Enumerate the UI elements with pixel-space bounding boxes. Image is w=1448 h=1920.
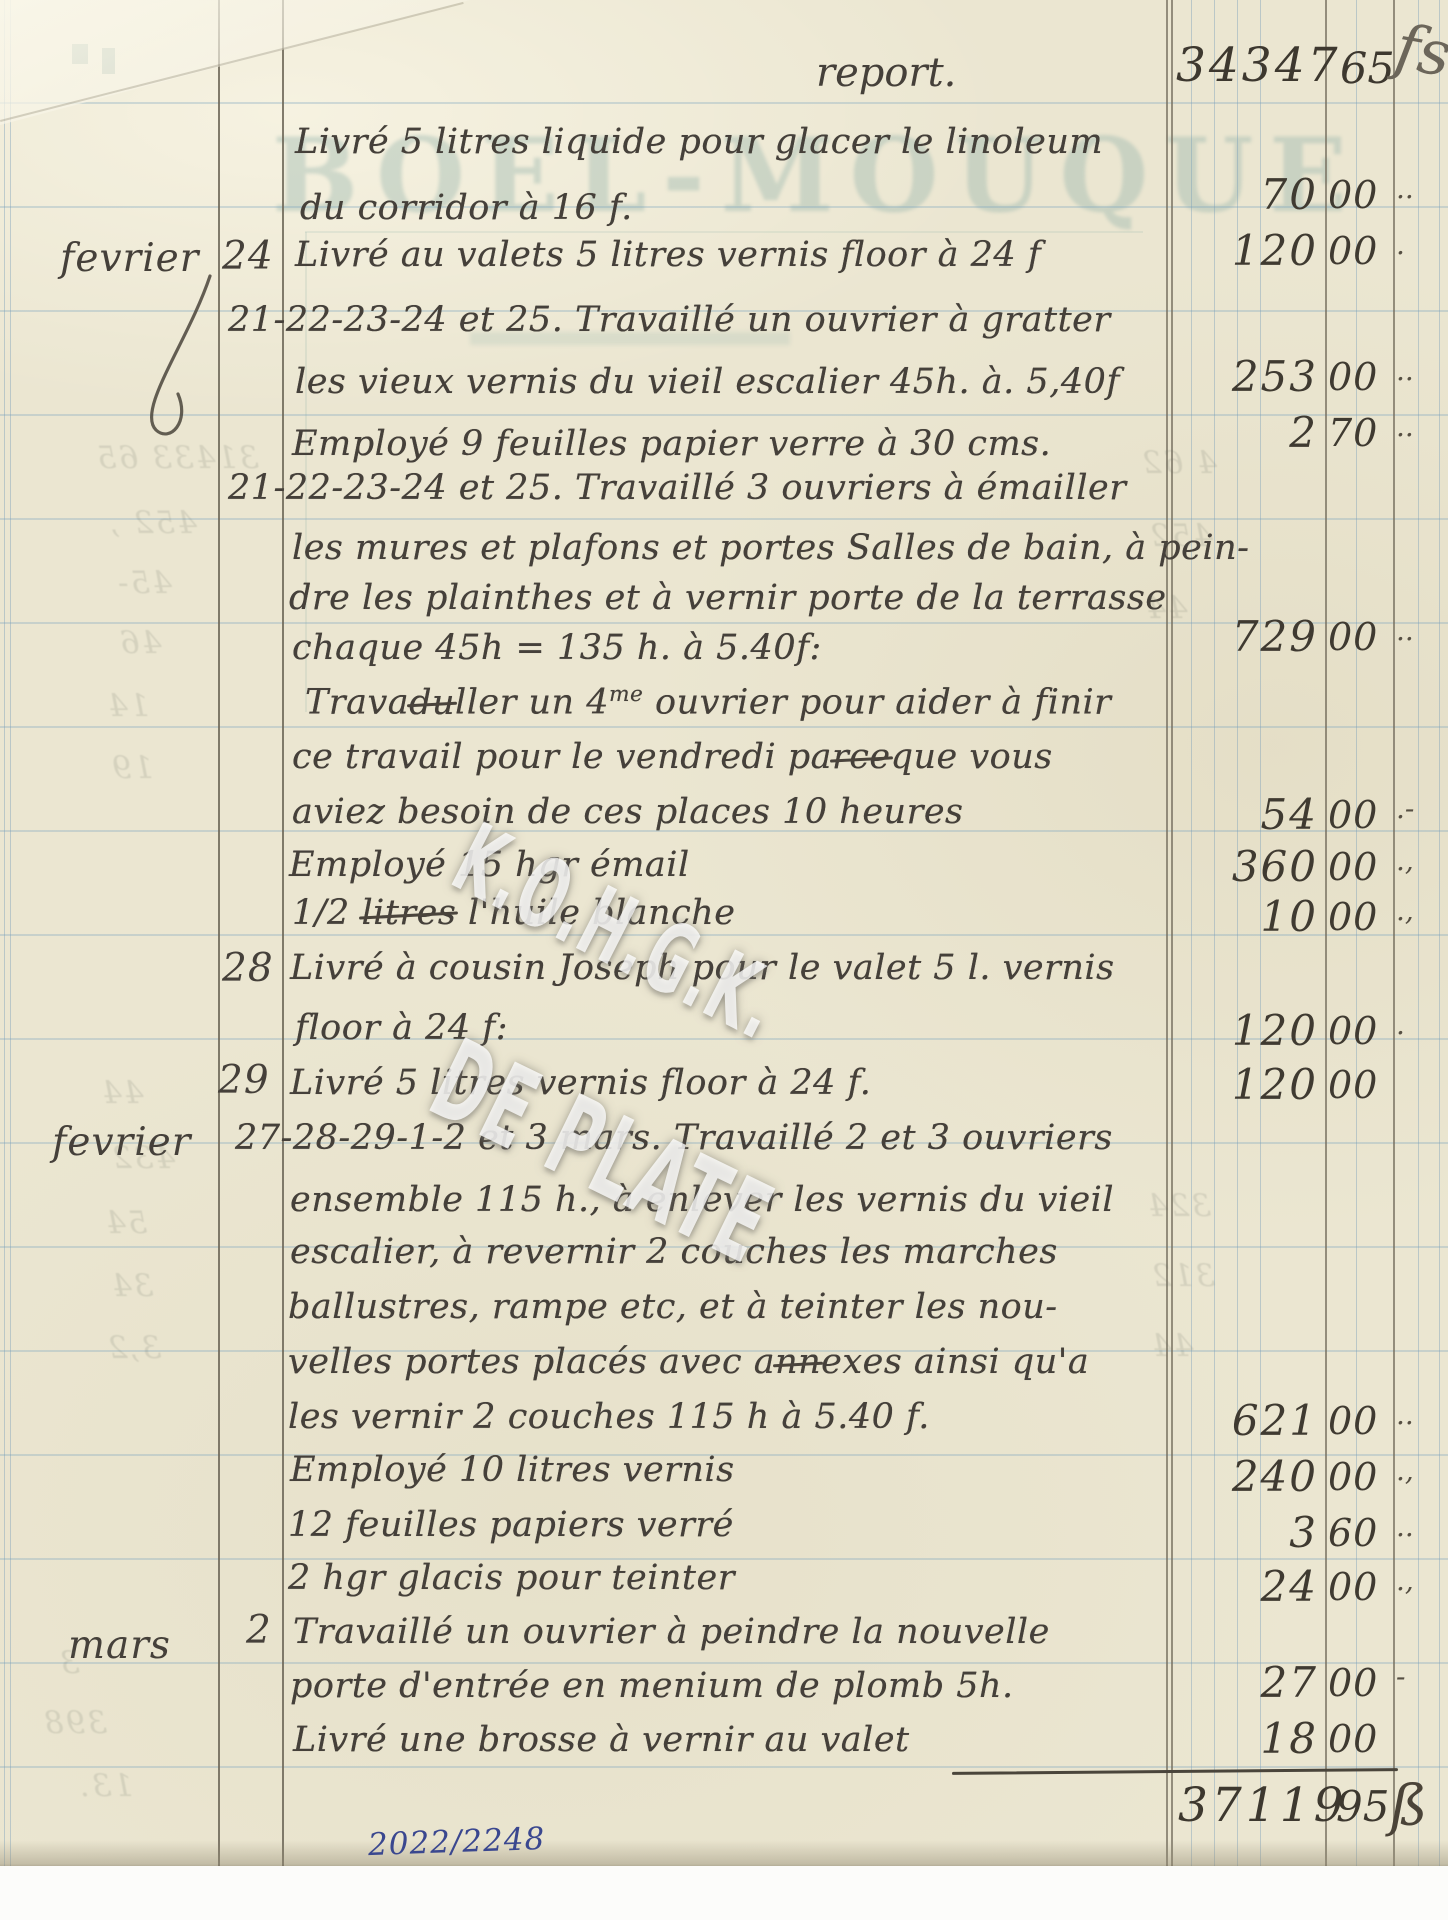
handwritten-text: aviez besoin de ces places 10 heures — [292, 792, 964, 832]
handwritten-text: ce travail pour le vendredi pa — [292, 737, 832, 777]
ledger-line: Livré une brosse à vernir au valet — [293, 1720, 910, 1760]
amount-francs: 253 — [1160, 352, 1318, 401]
handwritten-text: Employé 9 feuilles papier verre à 30 cms… — [292, 424, 1051, 464]
ledger-line: Employé 10 litres vernis — [290, 1450, 735, 1490]
ledger-line: les vieux vernis du vieil escalier 45h. … — [295, 362, 1120, 402]
amount-check-dots: .. — [1396, 1510, 1414, 1543]
ledger-line: aviez besoin de ces places 10 heures — [292, 792, 964, 832]
amount-francs: 120 — [1160, 1006, 1318, 1055]
margin-rule — [10, 0, 11, 1866]
day-column-rule — [282, 0, 284, 1866]
amount-check-dots: .- — [1396, 792, 1414, 825]
amount-francs: 3 — [1160, 1508, 1318, 1557]
struck-text: nn — [775, 1342, 821, 1382]
handwritten-text: 2 hgr glacis pour teinter — [288, 1558, 735, 1598]
handwritten-text: du corridor à 16 f. — [300, 188, 633, 228]
bleedthrough-mark: 312 — [1150, 1258, 1215, 1294]
handwritten-text: 12 feuilles papiers verré — [288, 1505, 734, 1545]
handwritten-text: Livré au valets 5 litres vernis floor à … — [295, 235, 1041, 275]
margin-entry: mars — [68, 1623, 171, 1668]
handwritten-text: les vernir 2 couches 115 h à 5.40 f. — [288, 1397, 930, 1437]
bleedthrough-mark: 4 62 — [1140, 445, 1217, 481]
amount-centimes: 00 — [1328, 793, 1378, 837]
handwritten-text: Employé 10 litres vernis — [290, 1450, 735, 1490]
handwritten-text: les vieux vernis du vieil escalier 45h. … — [295, 362, 1120, 402]
amount-check-dots: . — [1396, 1008, 1405, 1041]
ledger-line: Livré 5 litres liquide pour glacer le li… — [295, 122, 1103, 162]
handwritten-text: 1/2 — [292, 893, 361, 933]
ledger-line: les mures et plafons et portes Salles de… — [292, 528, 1249, 568]
amount-francs: 70 — [1160, 170, 1318, 219]
amount-subrule — [1439, 0, 1440, 1866]
handwritten-text: 21-22-23-24 et 25. Travaillé un ouvrier … — [228, 300, 1111, 340]
amount-centimes: 00 — [1328, 615, 1378, 659]
amount-row: 360.. — [1160, 1508, 1410, 1558]
amount-check-dots: .. — [1396, 614, 1414, 647]
ledger-line: 21-22-23-24 et 25. Travaillé 3 ouvriers … — [228, 468, 1126, 508]
bleedthrough-mark: 3,2 — [106, 1330, 161, 1366]
margin-rule — [4, 0, 5, 1866]
handwritten-text: ouvrier pour aider à finir — [643, 683, 1111, 723]
bleedthrough-mark: 452 — [1148, 518, 1213, 554]
amount-row: 12000. — [1160, 226, 1410, 276]
amount-centimes: 70 — [1328, 411, 1378, 455]
margin-entry: 28 — [222, 946, 274, 991]
paper-bottom-edge — [0, 1840, 1448, 1868]
handwritten-text: Livré une brosse à vernir au valet — [293, 1720, 910, 1760]
scanner-background — [0, 1866, 1448, 1920]
amount-row: 25300.. — [1160, 352, 1410, 402]
handwritten-text: dre les plainthes et à vernir porte de l… — [289, 578, 1167, 618]
amount-francs: 54 — [1160, 790, 1318, 839]
amount-row: 2700- — [1160, 1658, 1410, 1708]
report-amount-centimes: 65 — [1340, 44, 1395, 94]
handwritten-text: 21-22-23-24 et 25. Travaillé 3 ouvriers … — [228, 468, 1126, 508]
margin-entry: 29 — [218, 1058, 270, 1103]
amount-check-dots: ., — [1396, 894, 1414, 927]
report-label: report. — [816, 50, 956, 96]
amount-francs: 120 — [1160, 1060, 1318, 1109]
ledger-line: dre les plainthes et à vernir porte de l… — [289, 578, 1167, 618]
amount-row: 5400.- — [1160, 790, 1410, 840]
amount-check-dots: ., — [1396, 844, 1414, 877]
margin-entry: 2 — [246, 1608, 272, 1653]
amount-francs: 27 — [1160, 1658, 1318, 1707]
handwritten-text: chaque 45h = 135 h. à 5.40f: — [292, 628, 822, 668]
amount-subrule — [1418, 0, 1419, 1866]
ledger-line: porte d'entrée en menium de plomb 5h. — [290, 1666, 1014, 1706]
amount-check-dots: ., — [1396, 1454, 1414, 1487]
bleedthrough-mark: 54 — [104, 1205, 147, 1241]
report-amount-francs: 34347 — [1176, 38, 1341, 93]
amount-centimes: 00 — [1328, 1717, 1378, 1761]
handwritten-text: les mures et plafons et portes Salles de… — [292, 528, 1249, 568]
bleedthrough-mark: 44 — [1144, 590, 1187, 626]
handwriting-flourish — [118, 272, 268, 447]
total-flourish: ß — [1390, 1774, 1427, 1839]
ledger-line: Livré au valets 5 litres vernis floor à … — [295, 235, 1041, 275]
amount-row: 72900.. — [1160, 612, 1410, 662]
handwritten-text: Travaillé un ouvrier à peindre la nouvel… — [293, 1612, 1050, 1652]
ledger-line: du corridor à 16 f. — [300, 188, 633, 228]
archive-reference-note: 2022/2248 — [367, 1821, 545, 1863]
struck-text: rce — [832, 737, 891, 777]
amount-francs: 18 — [1160, 1714, 1318, 1763]
handwritten-text: ller un 4 — [455, 683, 609, 723]
amount-check-dots: . — [1396, 228, 1405, 261]
bleedthrough-mark: 44 — [100, 1075, 143, 1111]
amount-row: 7000.. — [1160, 170, 1410, 220]
ledger-line: velles portes placés avec annexes ainsi … — [288, 1342, 1089, 1382]
handwritten-text: me — [609, 682, 643, 707]
amount-check-dots: .. — [1396, 1398, 1414, 1431]
bleedthrough-mark: 46 — [118, 625, 161, 661]
amount-centimes: 00 — [1328, 1565, 1378, 1609]
amount-francs: 120 — [1160, 226, 1318, 275]
amount-row: 1000., — [1160, 892, 1410, 942]
amount-centimes: 00 — [1328, 1455, 1378, 1499]
struck-text: du — [409, 683, 455, 723]
amount-check-dots: .. — [1396, 172, 1414, 205]
amount-check-dots: .. — [1396, 410, 1414, 443]
ledger-line: chaque 45h = 135 h. à 5.40f: — [292, 628, 822, 668]
handwritten-text: porte d'entrée en menium de plomb 5h. — [290, 1666, 1014, 1706]
amount-row: 12000 — [1160, 1060, 1410, 1110]
amount-check-dots: .. — [1396, 354, 1414, 387]
ledger-line: ce travail pour le vendredi parceque vou… — [292, 737, 1053, 777]
handwritten-text: Livré 5 litres liquide pour glacer le li… — [295, 122, 1103, 162]
total-amount-francs: 37119 — [1178, 1778, 1348, 1833]
amount-row: 24000., — [1160, 1452, 1410, 1502]
ledger-line: ballustres, rampe etc, et à teinter les … — [288, 1287, 1058, 1327]
amount-francs: 360 — [1160, 842, 1318, 891]
bleedthrough-mark: 3 — [58, 1645, 80, 1681]
amount-centimes: 60 — [1328, 1511, 1378, 1555]
amount-check-dots: ., — [1396, 1564, 1414, 1597]
amount-centimes: 00 — [1328, 229, 1378, 273]
amount-centimes: 00 — [1328, 173, 1378, 217]
amount-centimes: 00 — [1328, 1399, 1378, 1443]
amount-francs: 10 — [1160, 892, 1318, 941]
amount-centimes: 00 — [1328, 845, 1378, 889]
amount-centimes: 00 — [1328, 355, 1378, 399]
amount-centimes: 00 — [1328, 895, 1378, 939]
ledger-line: Employé 9 feuilles papier verre à 30 cms… — [292, 424, 1051, 464]
amount-check-dots: - — [1396, 1660, 1405, 1693]
ledger-line: les vernir 2 couches 115 h à 5.40 f. — [288, 1397, 930, 1437]
bleedthrough-mark: 13. — [78, 1768, 133, 1804]
ledger-line: 2 hgr glacis pour teinter — [288, 1558, 735, 1598]
ledger-line: Travaduller un 4me ouvrier pour aider à … — [305, 682, 1111, 723]
amount-francs: 621 — [1160, 1396, 1318, 1445]
amount-centimes: 00 — [1328, 1661, 1378, 1705]
bleedthrough-mark: 432 — [110, 1140, 175, 1176]
bleedthrough-mark: 44 — [1150, 1328, 1193, 1364]
bleedthrough-mark: 452 , — [108, 505, 197, 541]
amount-row: 62100.. — [1160, 1396, 1410, 1446]
bleedthrough-mark: 19 — [110, 750, 153, 786]
amount-centimes: 00 — [1328, 1009, 1378, 1053]
handwritten-text: ballustres, rampe etc, et à teinter les … — [288, 1287, 1058, 1327]
ledger-line: Travaillé un ouvrier à peindre la nouvel… — [293, 1612, 1050, 1652]
handwritten-text: Trava — [305, 683, 409, 723]
amount-francs: 24 — [1160, 1562, 1318, 1611]
ledger-line: 12 feuilles papiers verré — [288, 1505, 734, 1545]
handwritten-text: que vous — [891, 737, 1053, 777]
handwritten-text: exes ainsi qu'a — [821, 1342, 1089, 1382]
amount-row: 1800 — [1160, 1714, 1410, 1764]
amount-row: 12000. — [1160, 1006, 1410, 1056]
bleedthrough-mark: 14 — [106, 688, 149, 724]
bleedthrough-mark: 324 — [1146, 1188, 1211, 1224]
total-amount-centimes: 95 — [1336, 1782, 1389, 1831]
bleedthrough-mark: 34 — [110, 1268, 153, 1304]
ledger-line: 21-22-23-24 et 25. Travaillé un ouvrier … — [228, 300, 1111, 340]
handwritten-text: velles portes placés avec a — [288, 1342, 775, 1382]
bleedthrough-mark: 45- — [116, 565, 172, 601]
amount-francs: 240 — [1160, 1452, 1318, 1501]
amount-centimes: 00 — [1328, 1063, 1378, 1107]
scanned-ledger-page: BOEL-MOUQUE report. 34347 65 fs fevrier2… — [0, 0, 1448, 1920]
amount-row: 36000., — [1160, 842, 1410, 892]
bleedthrough-mark: 398 — [42, 1705, 107, 1741]
amount-row: 2400., — [1160, 1562, 1410, 1612]
